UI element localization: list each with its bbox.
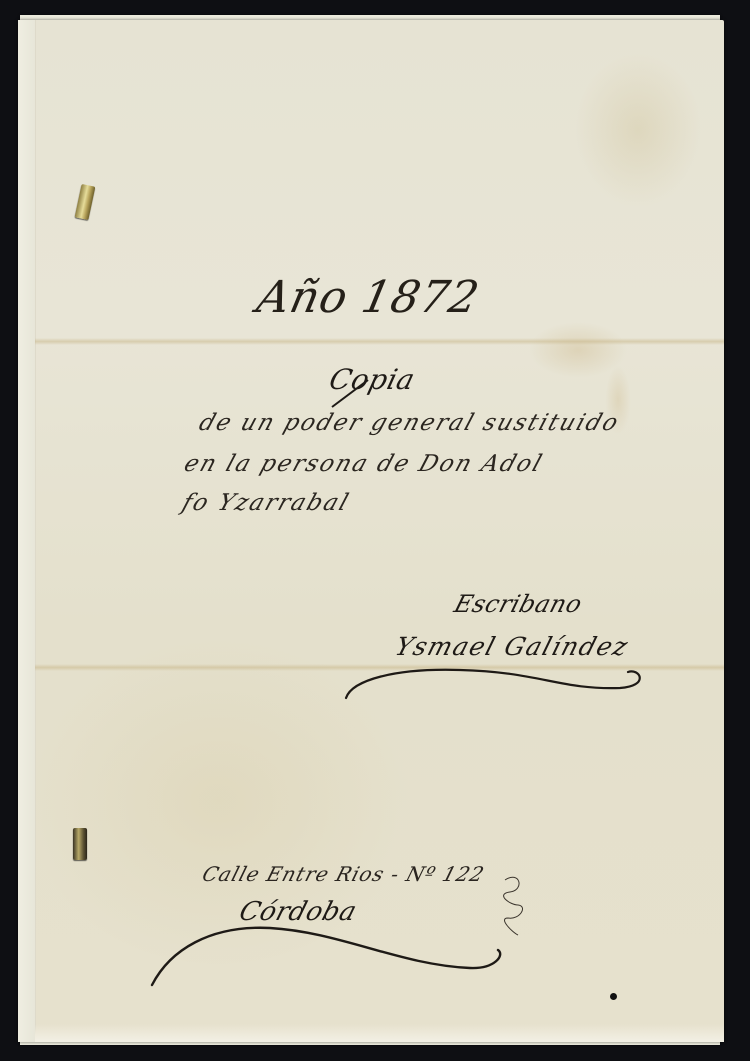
fold-line-upper xyxy=(35,338,724,345)
street-address: Calle Entre Rios - Nº 122 xyxy=(200,862,488,886)
metal-fastener-bottom xyxy=(73,828,87,860)
document-title: Copia xyxy=(326,363,419,396)
description-line-2: en la persona de Don Adol xyxy=(181,451,547,477)
torn-bottom-edge xyxy=(35,1024,724,1042)
description-line-3: fo Yzarrabal xyxy=(179,490,354,516)
paper-sheet xyxy=(18,20,724,1042)
notary-name: Ysmael Galíndez xyxy=(392,632,632,661)
city-name: Córdoba xyxy=(236,897,361,927)
notary-role: Escribano xyxy=(451,590,586,618)
document-year-heading: Año 1872 xyxy=(253,272,484,323)
fold-line-lower xyxy=(35,664,724,671)
punch-hole xyxy=(610,993,617,1000)
description-line-1: de un poder general sustituido xyxy=(196,410,623,436)
sheet-left-margin-strip xyxy=(18,20,36,1042)
